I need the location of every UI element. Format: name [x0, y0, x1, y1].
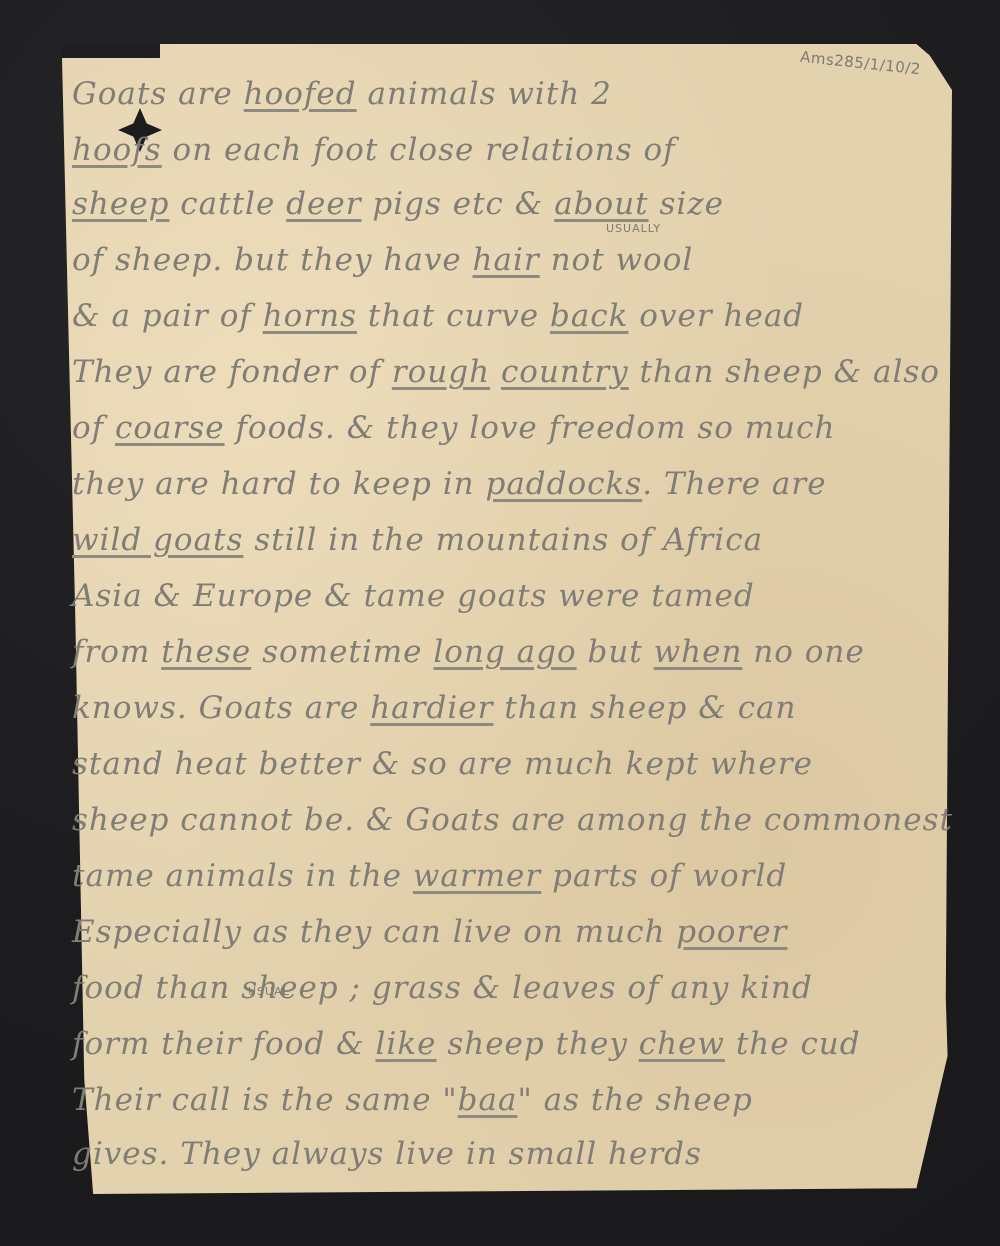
text-line-6: They are fonder of rough country than sh…	[72, 354, 942, 390]
text-line-7: of coarse foods. & they love freedom so …	[72, 410, 942, 446]
text-line-4: of sheep. but they have hair not wool	[72, 242, 942, 278]
text-line-10: Asia & Europe & tame goats were tamed	[72, 578, 942, 614]
text-line-17: food than sheep ; grass & leaves of any …	[72, 970, 942, 1006]
text-line-2: hoofs on each foot close relations of	[72, 132, 942, 168]
text-line-16: Especially as they can live on much poor…	[72, 914, 942, 950]
torn-corner	[62, 44, 160, 58]
text-line-15: tame animals in the warmer parts of worl…	[72, 858, 942, 894]
text-line-20: gives. They always live in small herds	[72, 1136, 942, 1172]
text-line-9: wild goats still in the mountains of Afr…	[72, 522, 942, 558]
text-line-8: they are hard to keep in paddocks. There…	[72, 466, 942, 502]
text-line-14: sheep cannot be. & Goats are among the c…	[72, 802, 942, 838]
text-line-3: sheep cattle deer pigs etc & about size	[72, 186, 942, 222]
text-line-5: & a pair of horns that curve back over h…	[72, 298, 942, 334]
text-line-11: from these sometime long ago but when no…	[72, 634, 942, 670]
text-line-19: Their call is the same "baa" as the shee…	[72, 1082, 942, 1118]
text-line-18: form their food & like sheep they chew t…	[72, 1026, 942, 1062]
insertion-usually: USUALLY	[606, 222, 661, 235]
text-line-1: Goats are hoofed animals with 2	[72, 76, 942, 112]
text-line-13: stand heat better & so are much kept whe…	[72, 746, 942, 782]
text-line-12: knows. Goats are hardier than sheep & ca…	[72, 690, 942, 726]
